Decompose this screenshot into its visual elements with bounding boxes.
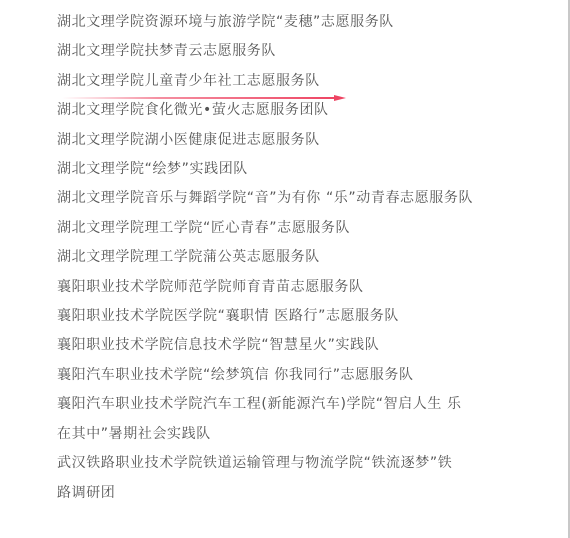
list-item: 湖北文理学院湖小医健康促进志愿服务队 xyxy=(57,126,517,155)
list-item: 襄阳汽车职业技术学院“绘梦筑信 你我同行”志愿服务队 xyxy=(57,361,517,390)
list-item: 襄阳职业技术学院医学院“襄职情 医路行”志愿服务队 xyxy=(57,302,517,331)
highlight-arrow-icon xyxy=(62,95,346,101)
list-item: 湖北文理学院音乐与舞蹈学院“音”为有你 “乐”动青春志愿服务队 xyxy=(57,184,517,213)
list-item-continued: 路调研团 xyxy=(57,479,517,508)
list-item: 湖北文理学院资源环境与旅游学院“麦穗”志愿服务队 xyxy=(57,8,517,37)
list-item: 湖北文理学院理工学院蒲公英志愿服务队 xyxy=(57,243,517,272)
list-item: 湖北文理学院“绘梦”实践团队 xyxy=(57,155,517,184)
list-item: 湖北文理学院理工学院“匠心青春”志愿服务队 xyxy=(57,214,517,243)
team-list: 湖北文理学院资源环境与旅游学院“麦穗”志愿服务队 湖北文理学院扶梦青云志愿服务队… xyxy=(57,8,517,508)
list-item-continued: 在其中”暑期社会实践队 xyxy=(57,420,517,449)
list-item: 湖北文理学院扶梦青云志愿服务队 xyxy=(57,37,517,66)
list-item: 襄阳职业技术学院师范学院师育青苗志愿服务队 xyxy=(57,273,517,302)
list-item: 襄阳职业技术学院信息技术学院“智慧星火”实践队 xyxy=(57,331,517,360)
list-item: 襄阳汽车职业技术学院汽车工程(新能源汽车)学院“智启人生 乐 xyxy=(57,390,517,419)
list-item: 武汉铁路职业技术学院铁道运输管理与物流学院“铁流逐梦”铁 xyxy=(57,449,517,478)
list-item: 湖北文理学院儿童青少年社工志愿服务队 xyxy=(57,67,517,96)
